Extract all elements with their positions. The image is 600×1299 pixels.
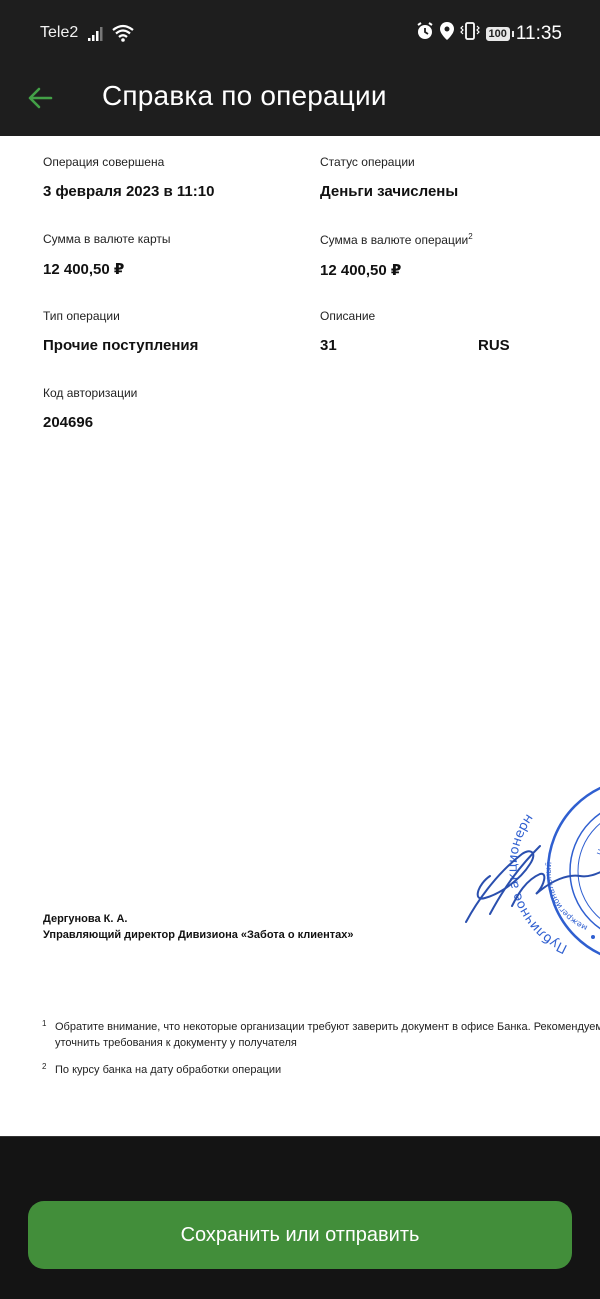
signer-block: Дергунова К. А. Управляющий директор Див… [43, 911, 354, 943]
status-field: Статус операции Деньги зачислены [320, 155, 458, 200]
description-value: 31 RUS [320, 337, 580, 354]
auth-code-label: Код авторизации [43, 386, 137, 400]
page-title: Справка по операции [102, 80, 387, 112]
completed-field: Операция совершена 3 февраля 2023 в 11:1… [43, 155, 214, 200]
completed-label: Операция совершена [43, 155, 214, 169]
status-label: Статус операции [320, 155, 458, 169]
signal-icon [88, 26, 108, 47]
back-button[interactable] [22, 82, 58, 118]
auth-code-field: Код авторизации 204696 [43, 386, 137, 431]
op-type-value: Прочие поступления [43, 337, 198, 354]
bottom-action-bar: Сохранить или отправить [0, 1136, 600, 1299]
description-value-part2: RUS [478, 337, 510, 354]
footnote-text: По курсу банка на дату обработки операци… [55, 1062, 600, 1078]
svg-text:Центр: Центр [595, 829, 600, 857]
footnote-mark: 1 [42, 1016, 46, 1032]
card-amount-label: Сумма в валюте карты [43, 232, 171, 246]
battery-icon: 100 [486, 27, 510, 41]
operation-certificate: Операция совершена 3 февраля 2023 в 11:1… [0, 136, 600, 1136]
op-amount-field: Сумма в валюте операции2 12 400,50 ₽ [320, 232, 473, 279]
status-value: Деньги зачислены [320, 183, 458, 200]
op-amount-value: 12 400,50 ₽ [320, 261, 473, 279]
signature-and-stamp: Публичное акционерн межрегиональный Цент… [460, 776, 600, 981]
status-bar: Tele2 100 11:35 [0, 0, 600, 68]
op-type-field: Тип операции Прочие поступления [43, 309, 198, 354]
save-or-send-button[interactable]: Сохранить или отправить [28, 1201, 572, 1269]
op-amount-label-text: Сумма в валюте операции [320, 233, 468, 247]
description-value-part1: 31 [320, 337, 337, 354]
signer-name: Дергунова К. А. [43, 911, 354, 927]
alarm-icon [416, 22, 434, 45]
wifi-icon [112, 24, 134, 47]
svg-text:Публичное акционерн: Публичное акционерн [506, 811, 570, 956]
description-field: Описание 31 RUS [320, 309, 580, 354]
op-amount-label: Сумма в валюте операции2 [320, 232, 473, 247]
stamp-icon: Публичное акционерн межрегиональный Цент… [506, 779, 600, 963]
description-label: Описание [320, 309, 580, 323]
location-icon [440, 22, 454, 45]
footnote-mark: 2 [42, 1059, 46, 1075]
app-bar: Справка по операции [0, 68, 600, 136]
signer-position: Управляющий директор Дивизиона «Забота о… [43, 927, 354, 943]
op-type-label: Тип операции [43, 309, 198, 323]
clock: 11:35 [516, 23, 562, 45]
footnote-text: Обратите внимание, что некоторые организ… [55, 1019, 600, 1035]
carrier-name: Tele2 [40, 24, 78, 42]
card-amount-field: Сумма в валюте карты 12 400,50 ₽ [43, 232, 171, 278]
card-amount-value: 12 400,50 ₽ [43, 260, 171, 278]
footnote-1: 1 Обратите внимание, что некоторые орган… [42, 1019, 600, 1051]
auth-code-value: 204696 [43, 414, 137, 431]
completed-value: 3 февраля 2023 в 11:10 [43, 183, 214, 200]
footnote-ref: 2 [468, 232, 472, 241]
svg-text:межрегиональный: межрегиональный [544, 861, 589, 932]
vibrate-icon [460, 22, 480, 45]
arrow-left-icon [27, 87, 53, 114]
footnote-text: уточнить требования к документу у получа… [55, 1035, 600, 1051]
footnotes: 1 Обратите внимание, что некоторые орган… [42, 1019, 600, 1089]
footnote-2: 2 По курсу банка на дату обработки опера… [42, 1062, 600, 1078]
